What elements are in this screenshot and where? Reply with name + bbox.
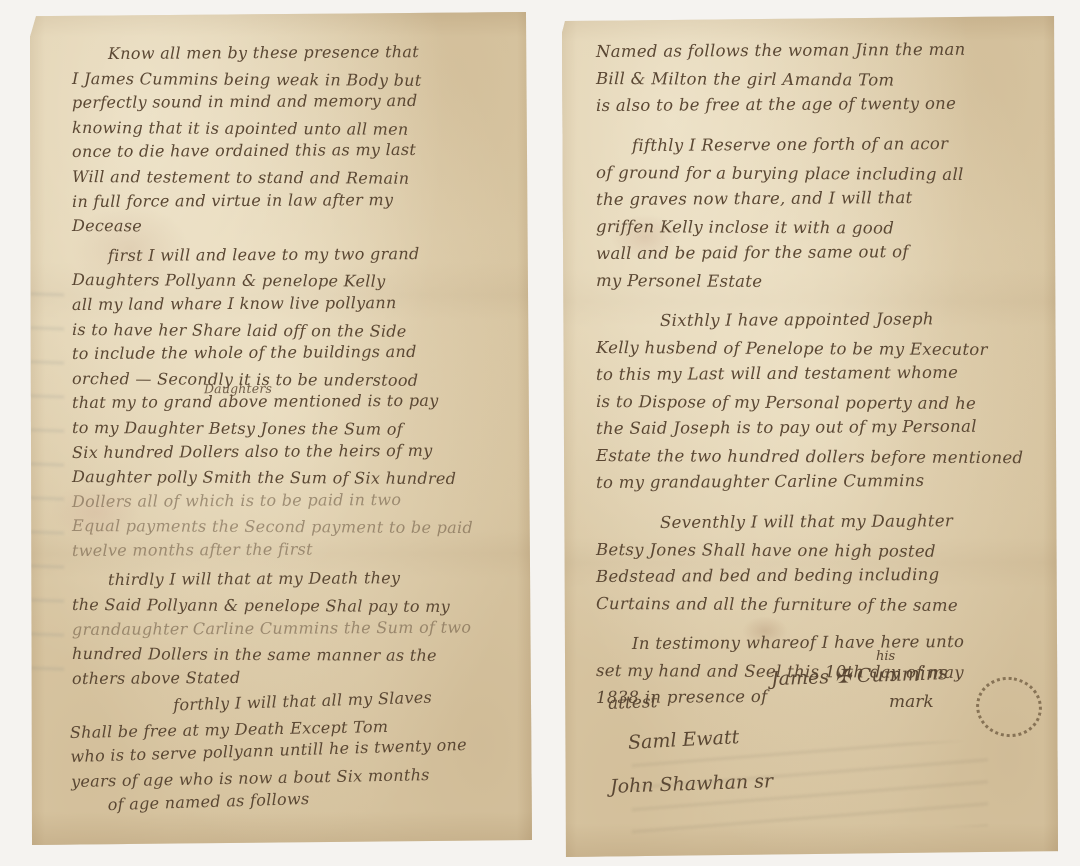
handwritten-text-line: Daughtersthat my to grand above mentione… bbox=[72, 389, 518, 416]
handwritten-text-line: to my grandaughter Carline Cummins bbox=[596, 466, 1048, 496]
testator-name-with-mark: James ✠ Cummins bbox=[771, 660, 1012, 690]
handwritten-text-line: the Said Joseph is to pay out of my Pers… bbox=[596, 412, 1048, 442]
line-text: hundred Dollers in the same manner as th… bbox=[72, 644, 437, 665]
left-page-lines: Know all men by these presence thatI Jam… bbox=[72, 42, 518, 824]
line-text: once to die have ordained this as my las… bbox=[72, 140, 416, 161]
line-text: Know all men by these presence that bbox=[108, 42, 419, 63]
handwritten-text-line: once to die have ordained this as my las… bbox=[72, 138, 518, 165]
line-text: first I will and leave to my two grand bbox=[108, 244, 420, 265]
paragraph: Sixthly I have appointed JosephKelly hus… bbox=[596, 307, 1048, 496]
handwritten-text-line: Sixthly I have appointed Joseph bbox=[660, 305, 1048, 334]
line-text: forthly I will that all my Slaves bbox=[173, 688, 432, 715]
line-text: I James Cummins being weak in Body but bbox=[72, 69, 422, 90]
line-text: Kelly husbend of Penelope to be my Execu… bbox=[596, 338, 988, 359]
line-text: to include the whole of the buildings an… bbox=[72, 342, 417, 363]
line-text: grandaughter Carline Cummins the Sum of … bbox=[72, 617, 471, 638]
handwritten-text-line: in full force and virtue in law after my bbox=[72, 187, 518, 214]
handwritten-text-line: the graves now thare, and I will that bbox=[596, 183, 1048, 213]
line-text: Bill & Milton the girl Amanda Tom bbox=[596, 69, 895, 90]
paragraph: forthly I will that all my SlavesShall b… bbox=[69, 686, 518, 820]
handwritten-text-line: twelve months after the first bbox=[72, 536, 518, 563]
attest-label: attest bbox=[608, 692, 658, 714]
line-text: to this my Last will and testament whome bbox=[596, 363, 958, 384]
line-text: Will and testement to stand and Remain bbox=[72, 167, 410, 188]
line-text: is to Dispose of my Personal poperty and… bbox=[596, 392, 976, 413]
line-text: Estate the two hundred dollers before me… bbox=[596, 446, 1023, 467]
line-text: wall and be paid for the same out of bbox=[596, 242, 909, 263]
handwritten-text-line: thirdly I will that at my Death they bbox=[108, 566, 518, 593]
line-text: to my grandaughter Carline Cummins bbox=[596, 471, 924, 492]
handwritten-text-line: Named as follows the woman Jinn the man bbox=[596, 35, 1048, 65]
handwritten-text-line: Know all men by these presence that bbox=[108, 39, 518, 66]
line-text: Dollers all of which is to be paid in tw… bbox=[72, 490, 401, 511]
testator-signature: his James ✠ Cummins mark bbox=[771, 649, 1011, 712]
line-text: Seventhly I will that my Daughter bbox=[660, 511, 953, 532]
line-text: all my land whare I know live pollyann bbox=[72, 293, 397, 314]
manuscript-page-right: Named as follows the woman Jinn the manB… bbox=[562, 16, 1058, 857]
paragraph: fifthly I Reserve one forth of an acorof… bbox=[596, 132, 1048, 294]
line-text: Bedstead and bed and beding including bbox=[596, 565, 940, 586]
line-text: fifthly I Reserve one forth of an acor bbox=[632, 134, 948, 155]
line-text: knowing that it is apointed unto all men bbox=[72, 118, 409, 139]
line-text: is to have her Share laid off on the Sid… bbox=[72, 320, 407, 341]
line-text: my Personel Estate bbox=[596, 271, 762, 291]
handwritten-text-line: is also to be free at the age of twenty … bbox=[596, 89, 1048, 119]
line-text: Decease bbox=[72, 216, 142, 235]
bleed-through-marks bbox=[30, 272, 64, 692]
handwritten-text-line: my Personel Estate bbox=[596, 267, 1048, 296]
line-text: Daughter polly Smith the Sum of Six hund… bbox=[72, 467, 456, 488]
paragraph: thirdly I will that at my Death theythe … bbox=[72, 568, 518, 691]
line-text: Equal payments the Second payment to be … bbox=[72, 516, 473, 537]
line-text: Named as follows the woman Jinn the man bbox=[596, 40, 966, 61]
line-text: Sixthly I have appointed Joseph bbox=[660, 309, 934, 330]
line-text: the Said Joseph is to pay out of my Pers… bbox=[596, 417, 977, 438]
line-text: Betsy Jones Shall have one high posted bbox=[596, 540, 936, 561]
handwritten-text-line: grandaughter Carline Cummins the Sum of … bbox=[72, 615, 518, 642]
line-text: of ground for a burying place including … bbox=[596, 163, 964, 184]
handwritten-text-line: first I will and leave to my two grand bbox=[108, 241, 518, 268]
handwritten-text-line: Curtains and all the furniture of the sa… bbox=[596, 590, 1048, 619]
handwritten-text-line: Bedstead and bed and beding including bbox=[596, 560, 1048, 590]
handwritten-text-line: Six hundred Dollers also to the heirs of… bbox=[72, 438, 518, 465]
line-text: perfectly sound in mind and memory and bbox=[72, 91, 418, 112]
line-text: the Said Pollyann & penelope Shal pay to… bbox=[72, 595, 450, 616]
handwritten-text-line: to include the whole of the buildings an… bbox=[72, 339, 518, 366]
inserted-word-above-line: Daughters bbox=[204, 377, 272, 402]
handwritten-text-line: fifthly I Reserve one forth of an acor bbox=[632, 129, 1048, 159]
handwritten-text-line: Decease bbox=[72, 214, 518, 241]
line-text: of age named as follows bbox=[107, 790, 309, 815]
line-text: is also to be free at the age of twenty … bbox=[596, 94, 956, 115]
line-text: in full force and virtue in law after my bbox=[72, 190, 393, 211]
manuscript-page-left: Know all men by these presence thatI Jam… bbox=[30, 12, 532, 845]
line-text: Daughters Pollyann & penelope Kelly bbox=[72, 270, 386, 291]
line-text: griffen Kelly inclose it with a good bbox=[596, 217, 894, 238]
line-text: the graves now thare, and I will that bbox=[596, 188, 913, 209]
right-page-lines: Named as follows the woman Jinn the manB… bbox=[596, 38, 1048, 724]
line-text: others above Stated bbox=[72, 668, 241, 688]
handwritten-text-line: to this my Last will and testament whome bbox=[596, 358, 1048, 388]
handwritten-text-line: Seventhly I will that my Daughter bbox=[660, 507, 1048, 536]
paragraph: first I will and leave to my two grandDa… bbox=[72, 244, 518, 564]
line-text: twelve months after the first bbox=[72, 539, 313, 559]
line-text: Six hundred Dollers also to the heirs of… bbox=[72, 440, 433, 461]
line-text: thirdly I will that at my Death they bbox=[108, 569, 400, 590]
handwritten-text-line: perfectly sound in mind and memory and bbox=[72, 88, 518, 115]
handwritten-text-line: wall and be paid for the same out of bbox=[596, 237, 1048, 267]
paragraph: Seventhly I will that my DaughterBetsy J… bbox=[596, 509, 1048, 617]
handwritten-text-line: Dollers all of which is to be paid in tw… bbox=[72, 487, 518, 514]
bleed-through-marks bbox=[632, 740, 988, 835]
paragraph: Named as follows the woman Jinn the manB… bbox=[596, 38, 1048, 119]
line-text: Curtains and all the furniture of the sa… bbox=[596, 594, 958, 615]
handwritten-text-line: all my land whare I know live pollyann bbox=[72, 290, 518, 317]
line-text: to my Daughter Betsy Jones the Sum of bbox=[72, 418, 403, 439]
paragraph: Know all men by these presence thatI Jam… bbox=[72, 42, 518, 239]
